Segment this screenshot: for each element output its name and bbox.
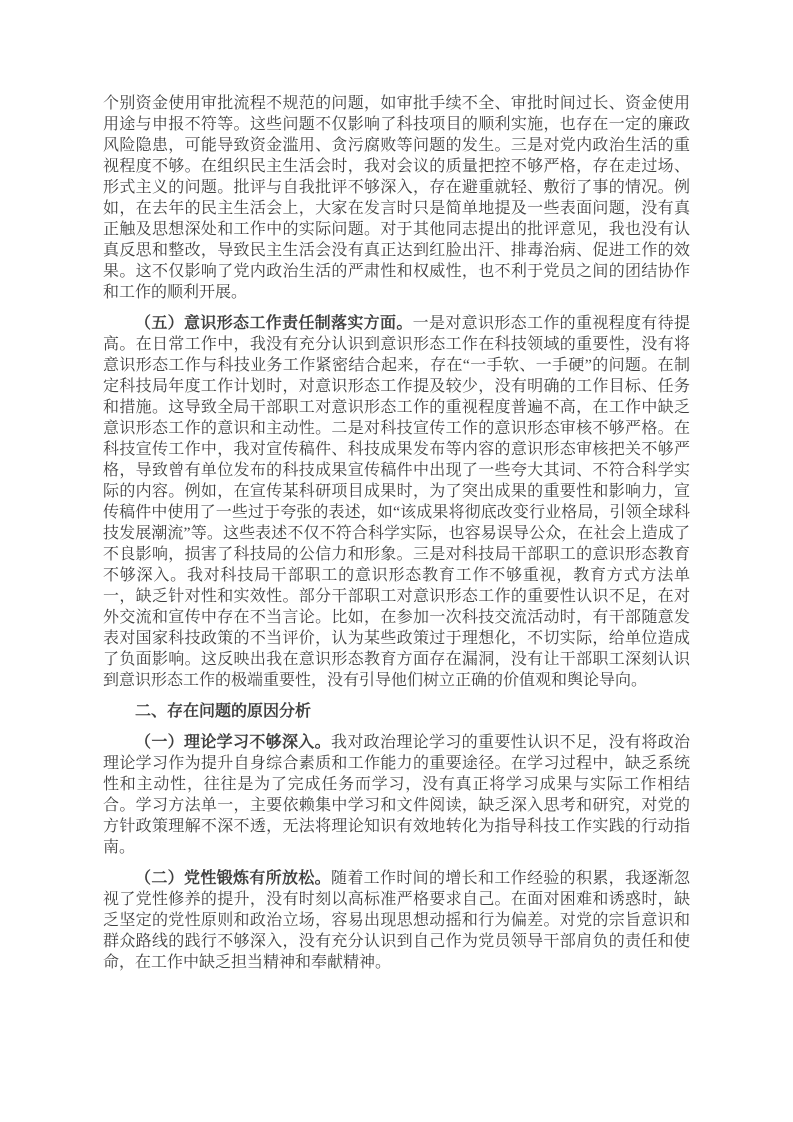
paragraph-cause-1-theory-study: （一）理论学习不够深入。我对政治理论学习的重要性认识不足，没有将政治理论学习作为… (103, 732, 690, 858)
paragraph-lead: （一）理论学习不够深入。 (135, 734, 331, 751)
paragraph-continuation: 个别资金使用审批流程不规范的问题，如审批手续不全、审批时间过长、资金使用用途与申… (103, 93, 690, 303)
paragraph-cause-2-party-spirit: （二）党性锻炼有所放松。随着工作时间的增长和工作经验的积累，我逐渐忽视了党性修养… (103, 868, 690, 973)
paragraph-section-5-ideology: （五）意识形态工作责任制落实方面。一是对意识形态工作的重视程度有待提高。在日常工… (103, 313, 690, 691)
section-heading-cause-analysis: 二、存在问题的原因分析 (103, 701, 690, 722)
paragraph-text: 我对政治理论学习的重要性认识不足，没有将政治理论学习作为提升自身综合素质和工作能… (103, 734, 690, 856)
paragraph-text: 个别资金使用审批流程不规范的问题，如审批手续不全、审批时间过长、资金使用用途与申… (103, 95, 690, 301)
heading-text: 二、存在问题的原因分析 (135, 703, 311, 720)
paragraph-lead: （二）党性锻炼有所放松。 (135, 870, 331, 887)
paragraph-text: 一是对意识形态工作的重视程度有待提高。在日常工作中，我没有充分认识到意识形态工作… (103, 315, 690, 689)
paragraph-lead: （五）意识形态工作责任制落实方面。 (135, 315, 413, 332)
document-page: 个别资金使用审批流程不规范的问题，如审批手续不全、审批时间过长、资金使用用途与申… (0, 0, 793, 1122)
